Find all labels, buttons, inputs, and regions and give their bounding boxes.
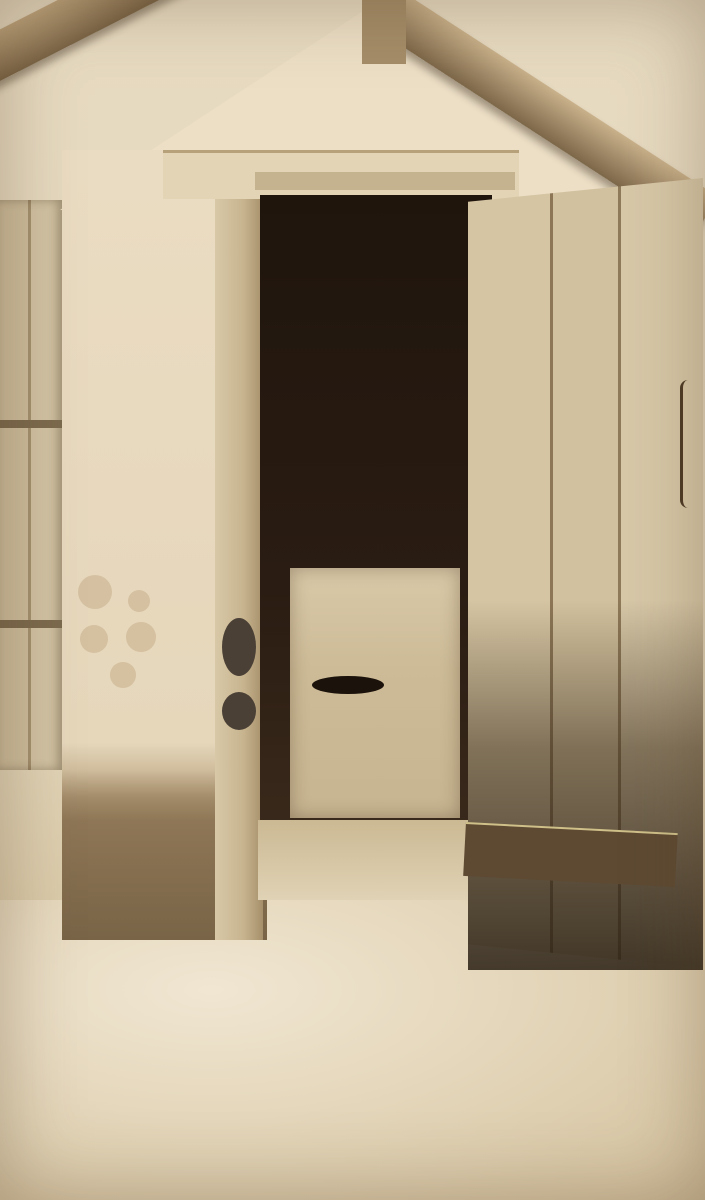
outhouse-seat	[290, 568, 460, 818]
door-jamb	[215, 175, 263, 940]
fence-rail	[0, 420, 64, 428]
seat-hole	[312, 676, 384, 694]
fence-rail	[0, 620, 64, 628]
wall-stain	[128, 590, 150, 612]
hinge-shadow	[222, 692, 256, 730]
wall-stain	[110, 662, 136, 688]
outhouse-photograph	[0, 0, 705, 1200]
wall-stain	[126, 622, 156, 652]
ridge-block	[362, 0, 406, 64]
background-fence	[0, 200, 64, 770]
door-brace	[463, 822, 678, 887]
door-handle	[680, 380, 697, 508]
door-shadow	[468, 600, 703, 970]
wall-stain	[80, 625, 108, 653]
doorway-floor	[258, 820, 470, 900]
faded-lintel-lettering	[255, 172, 515, 190]
wall-stain	[78, 575, 112, 609]
hinge-shadow	[222, 618, 256, 676]
